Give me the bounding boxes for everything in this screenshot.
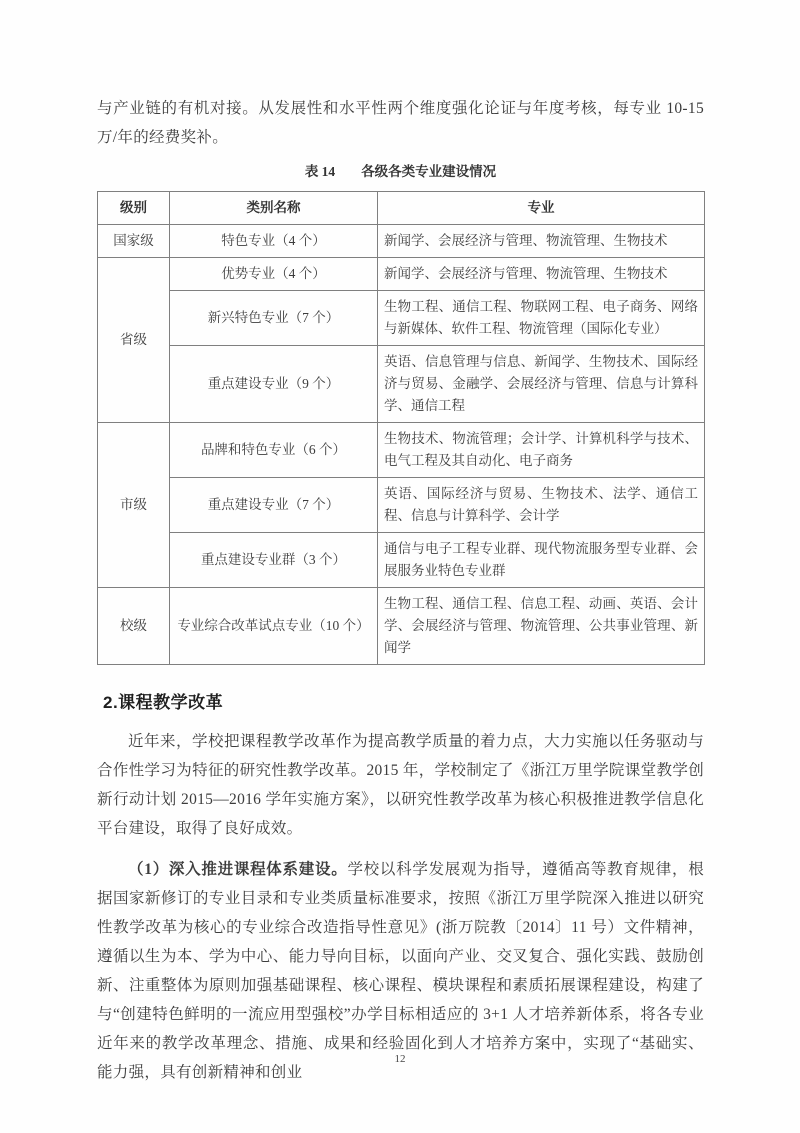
majors-cell: 英语、国际经济与贸易、生物技术、法学、通信工程、信息与计算科学、会计学 (378, 478, 705, 533)
table-row: 重点建设专业（7 个） 英语、国际经济与贸易、生物技术、法学、通信工程、信息与计… (98, 478, 705, 533)
table-row: 国家级 特色专业（4 个） 新闻学、会展经济与管理、物流管理、生物技术 (98, 225, 705, 258)
header-level: 级别 (98, 192, 170, 225)
document-page: 与产业链的有机对接。从发展性和水平性两个维度强化论证与年度考核，每专业 10-1… (0, 0, 800, 1133)
majors-table: 级别 类别名称 专业 国家级 特色专业（4 个） 新闻学、会展经济与管理、物流管… (97, 191, 705, 665)
category-cell: 专业综合改革试点专业（10 个） (170, 588, 378, 665)
table-row: 重点建设专业（9 个） 英语、信息管理与信息、新闻学、生物技术、国际经济与贸易、… (98, 346, 705, 423)
category-cell: 重点建设专业群（3 个） (170, 533, 378, 588)
level-cell: 国家级 (98, 225, 170, 258)
table-caption-number: 表 14 (305, 164, 335, 179)
majors-cell: 新闻学、会展经济与管理、物流管理、生物技术 (378, 225, 705, 258)
majors-cell: 生物工程、通信工程、物联网工程、电子商务、网络与新媒体、软件工程、物流管理（国际… (378, 291, 705, 346)
paragraph-2-body: 学校以科学发展观为指导，遵循高等教育规律，根据国家新修订的专业目录和专业类质量标… (97, 861, 704, 1081)
section-heading: 2.课程教学改革 (103, 688, 704, 713)
page-number: 12 (0, 1053, 800, 1065)
table-row: 省级 优势专业（4 个） 新闻学、会展经济与管理、物流管理、生物技术 (98, 258, 705, 291)
table-caption-title: 各级各类专业建设情况 (361, 164, 496, 179)
table-row: 市级 品牌和特色专业（6 个） 生物技术、物流管理；会计学、计算机科学与技术、电… (98, 423, 705, 478)
table-row: 校级 专业综合改革试点专业（10 个） 生物工程、通信工程、信息工程、动画、英语… (98, 588, 705, 665)
majors-cell: 通信与电子工程专业群、现代物流服务型专业群、会展服务业特色专业群 (378, 533, 705, 588)
header-majors: 专业 (378, 192, 705, 225)
table-caption: 表 14各级各类专业建设情况 (97, 160, 704, 180)
paragraph-2-lead: （1）深入推进课程体系建设。 (128, 861, 347, 878)
level-cell: 校级 (98, 588, 170, 665)
category-cell: 优势专业（4 个） (170, 258, 378, 291)
majors-cell: 生物技术、物流管理；会计学、计算机科学与技术、电气工程及其自动化、电子商务 (378, 423, 705, 478)
table-header-row: 级别 类别名称 专业 (98, 192, 705, 225)
intro-paragraph: 与产业链的有机对接。从发展性和水平性两个维度强化论证与年度考核，每专业 10-1… (97, 94, 704, 152)
level-cell: 市级 (98, 423, 170, 588)
category-cell: 重点建设专业（9 个） (170, 346, 378, 423)
category-cell: 新兴特色专业（7 个） (170, 291, 378, 346)
paragraph-1: 近年来，学校把课程教学改革作为提高教学质量的着力点，大力实施以任务驱动与合作性学… (97, 727, 704, 843)
header-category: 类别名称 (170, 192, 378, 225)
level-cell: 省级 (98, 258, 170, 423)
majors-cell: 生物工程、通信工程、信息工程、动画、英语、会计学、会展经济与管理、物流管理、公共… (378, 588, 705, 665)
category-cell: 重点建设专业（7 个） (170, 478, 378, 533)
majors-cell: 英语、信息管理与信息、新闻学、生物技术、国际经济与贸易、金融学、会展经济与管理、… (378, 346, 705, 423)
table-row: 新兴特色专业（7 个） 生物工程、通信工程、物联网工程、电子商务、网络与新媒体、… (98, 291, 705, 346)
category-cell: 品牌和特色专业（6 个） (170, 423, 378, 478)
table-row: 重点建设专业群（3 个） 通信与电子工程专业群、现代物流服务型专业群、会展服务业… (98, 533, 705, 588)
majors-cell: 新闻学、会展经济与管理、物流管理、生物技术 (378, 258, 705, 291)
category-cell: 特色专业（4 个） (170, 225, 378, 258)
